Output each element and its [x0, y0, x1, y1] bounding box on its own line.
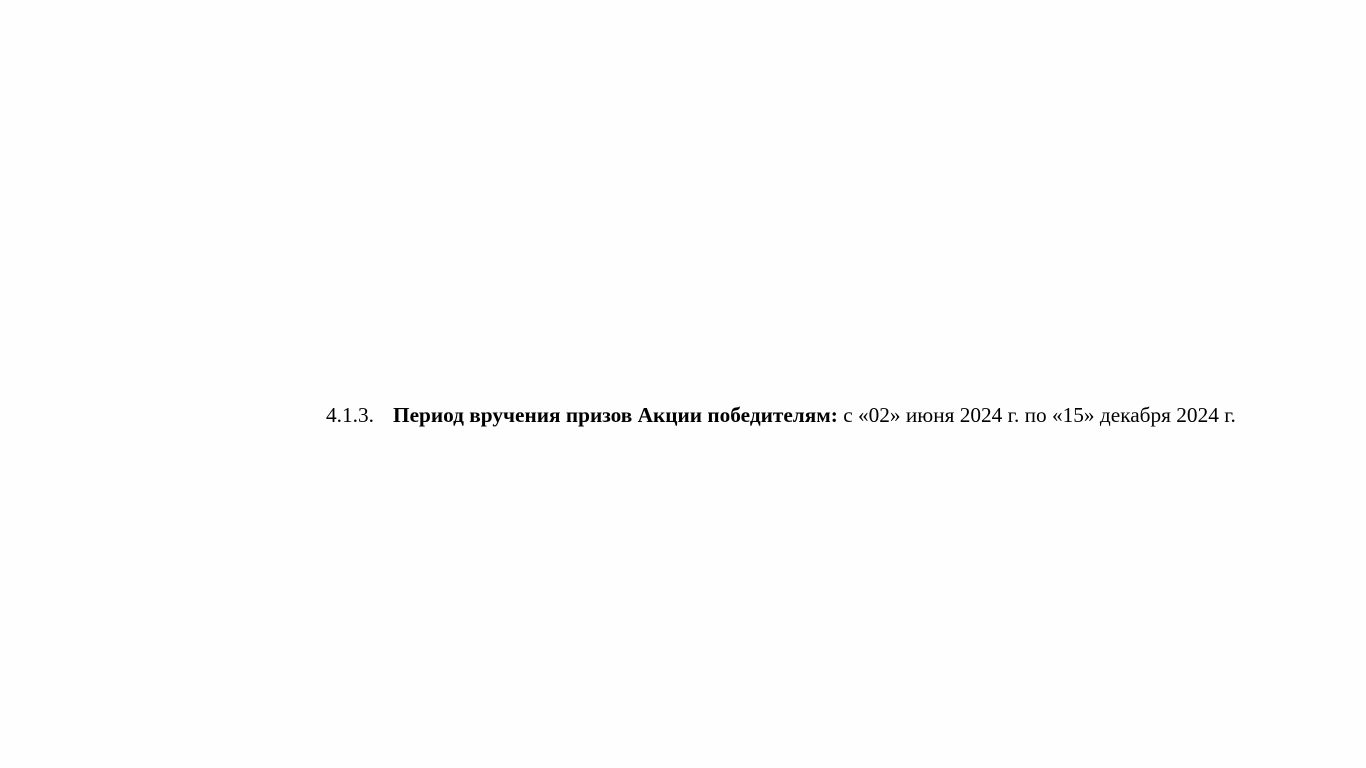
clause-text: с «02» июня 2024 г. по «15» декабря 2024… [838, 403, 1236, 427]
clause-4-1-3: 4.1.3.Период вручения призов Акции побед… [326, 401, 1236, 429]
document-page: 4.1.3.Период вручения призов Акции побед… [0, 0, 1366, 768]
clause-heading: Период вручения призов Акции победителям… [393, 403, 838, 427]
clause-number: 4.1.3. [326, 401, 393, 429]
